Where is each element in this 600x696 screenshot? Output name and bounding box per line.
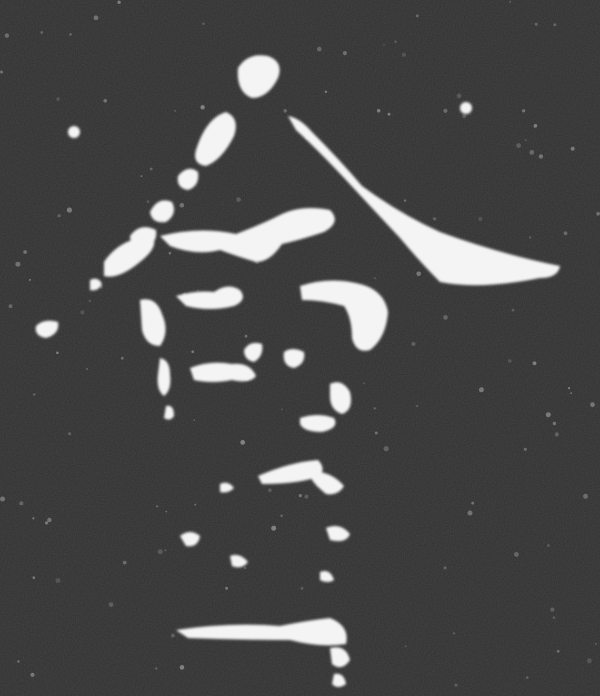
photo-frame	[0, 0, 600, 696]
film-grain	[0, 0, 600, 696]
photo-image	[0, 0, 600, 696]
